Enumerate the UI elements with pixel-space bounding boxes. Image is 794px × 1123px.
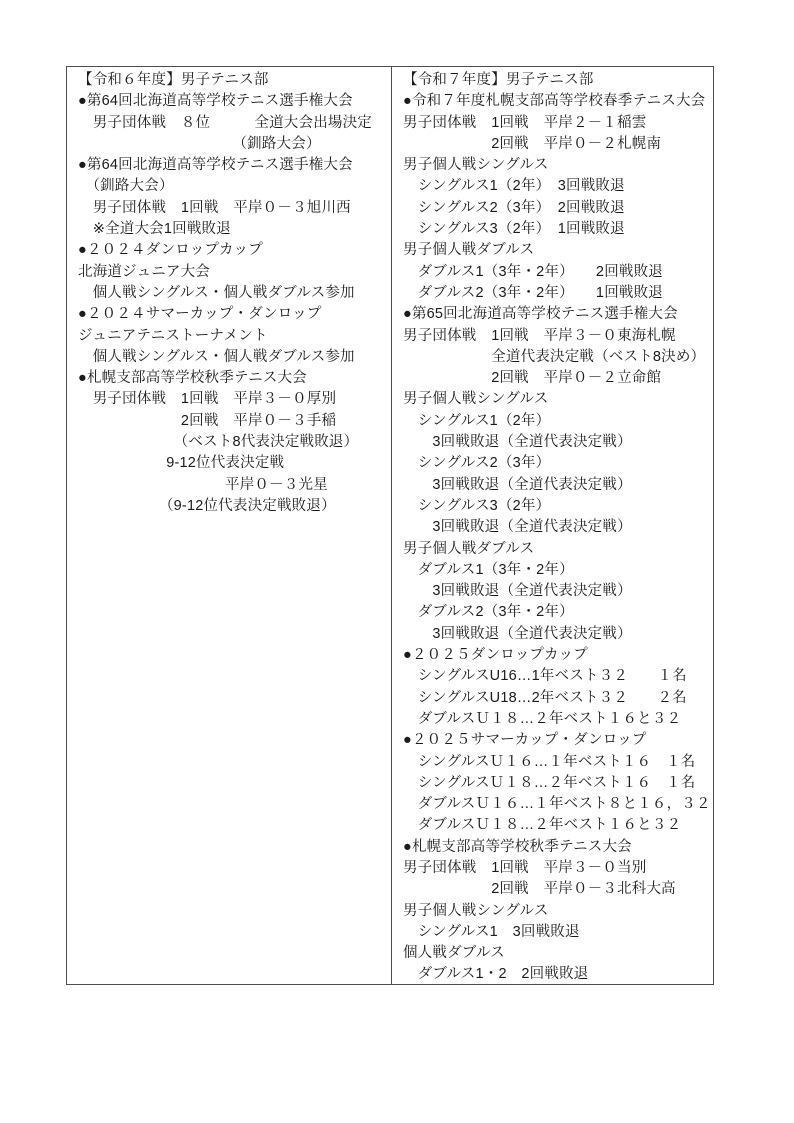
text-line: ●２０２４サマーカップ・ダンロップ: [78, 304, 385, 325]
text-line: 男子個人戦シングルス: [403, 389, 707, 410]
document-page: 【令和６年度】男子テニス部●第64回北海道高等学校テニス選手権大会 男子団体戦 …: [0, 0, 794, 1123]
column-reiwa6: 【令和６年度】男子テニス部●第64回北海道高等学校テニス選手権大会 男子団体戦 …: [67, 67, 392, 984]
text-line: ※全道大会1回戦敗退: [78, 219, 385, 240]
text-line: 9-12位代表決定戦: [78, 453, 385, 474]
text-line: ジュニアテニストーナメント: [78, 326, 385, 347]
text-line: ダブルスＵ１６…１年ベスト８と１６，３２: [403, 794, 707, 815]
text-line: ●２０２５サマーカップ・ダンロップ: [403, 730, 707, 751]
text-line: シングルスＵ１６…１年ベスト１６ １名: [403, 752, 707, 773]
text-line: シングルスＵ１８…２年ベスト１６ １名: [403, 773, 707, 794]
text-line: シングルス3（2年） 1回戦敗退: [403, 219, 707, 240]
text-line: 男子個人戦ダブルス: [403, 240, 707, 261]
text-line: ダブルスＵ１８…２年ベスト１６と３２: [403, 709, 707, 730]
text-line: 【令和７年度】男子テニス部: [403, 70, 707, 91]
text-line: 2回戦 平岸０－３手稲: [78, 411, 385, 432]
text-line: 平岸０－３光星: [78, 475, 385, 496]
text-line: ダブルス1（3年・2年） 2回戦敗退: [403, 262, 707, 283]
text-line: ダブルスＵ１８…２年ベスト１６と３２: [403, 815, 707, 836]
text-line: シングルス1 3回戦敗退: [403, 922, 707, 943]
text-line: 3回戦敗退（全道代表決定戦）: [403, 581, 707, 602]
text-line: ダブルス2（3年・2年）: [403, 602, 707, 623]
text-line: 3回戦敗退（全道代表決定戦）: [403, 624, 707, 645]
text-line: 男子団体戦 1回戦 平岸３－０東海札幌: [403, 326, 707, 347]
text-line: 3回戦敗退（全道代表決定戦）: [403, 432, 707, 453]
text-line: 男子個人戦ダブルス: [403, 539, 707, 560]
text-line: （釧路大会）: [78, 134, 385, 155]
text-line: ●札幌支部高等学校秋季テニス大会: [78, 368, 385, 389]
text-line: シングルス2（3年） 2回戦敗退: [403, 198, 707, 219]
text-line: 2回戦 平岸０－３北科大高: [403, 879, 707, 900]
text-line: 3回戦敗退（全道代表決定戦）: [403, 475, 707, 496]
text-line: 男子個人戦シングルス: [403, 155, 707, 176]
results-table: 【令和６年度】男子テニス部●第64回北海道高等学校テニス選手権大会 男子団体戦 …: [66, 66, 714, 985]
text-line: 2回戦 平岸０－２札幌南: [403, 134, 707, 155]
text-line: 個人戦シングルス・個人戦ダブルス参加: [78, 283, 385, 304]
text-line: シングルスU18…2年ベスト３２ ２名: [403, 688, 707, 709]
text-line: ●札幌支部高等学校秋季テニス大会: [403, 837, 707, 858]
text-line: ●第64回北海道高等学校テニス選手権大会: [78, 91, 385, 112]
text-line: 男子個人戦シングルス: [403, 901, 707, 922]
text-line: 個人戦シングルス・個人戦ダブルス参加: [78, 347, 385, 368]
text-line: 男子団体戦 ８位 全道大会出場決定: [78, 113, 385, 134]
text-line: 個人戦ダブルス: [403, 943, 707, 964]
text-line: ●２０２５ダンロップカップ: [403, 645, 707, 666]
text-line: ダブルス1（3年・2年）: [403, 560, 707, 581]
text-line: ダブルス1・2 2回戦敗退: [403, 964, 707, 984]
text-line: 【令和６年度】男子テニス部: [78, 70, 385, 91]
text-line: シングルス3（2年）: [403, 496, 707, 517]
text-line: 男子団体戦 1回戦 平岸３－０厚別: [78, 389, 385, 410]
text-line: ダブルス2（3年・2年） 1回戦敗退: [403, 283, 707, 304]
text-line: ●令和７年度札幌支部高等学校春季テニス大会: [403, 91, 707, 112]
text-line: 全道代表決定戦（ベスト8決め）: [403, 347, 707, 368]
text-line: シングルス2（3年）: [403, 453, 707, 474]
text-line: ●第64回北海道高等学校テニス選手権大会: [78, 155, 385, 176]
text-line: （9-12位代表決定戦敗退）: [78, 496, 385, 517]
text-line: 男子団体戦 1回戦 平岸３－０当別: [403, 858, 707, 879]
text-line: シングルスU16…1年ベスト３２ １名: [403, 666, 707, 687]
text-line: （ベスト8代表決定戦敗退）: [78, 432, 385, 453]
text-line: ●第65回北海道高等学校テニス選手権大会: [403, 304, 707, 325]
text-line: 男子団体戦 1回戦 平岸０－３旭川西: [78, 198, 385, 219]
text-line: 2回戦 平岸０－２立命館: [403, 368, 707, 389]
text-line: シングルス1（2年） 3回戦敗退: [403, 176, 707, 197]
text-line: シングルス1（2年）: [403, 411, 707, 432]
text-line: 北海道ジュニア大会: [78, 262, 385, 283]
text-line: （釧路大会）: [78, 176, 385, 197]
column-reiwa7: 【令和７年度】男子テニス部●令和７年度札幌支部高等学校春季テニス大会男子団体戦 …: [392, 67, 713, 984]
text-line: 男子団体戦 1回戦 平岸２－１稲雲: [403, 113, 707, 134]
text-line: 3回戦敗退（全道代表決定戦）: [403, 517, 707, 538]
text-line: ●２０２４ダンロップカップ: [78, 240, 385, 261]
